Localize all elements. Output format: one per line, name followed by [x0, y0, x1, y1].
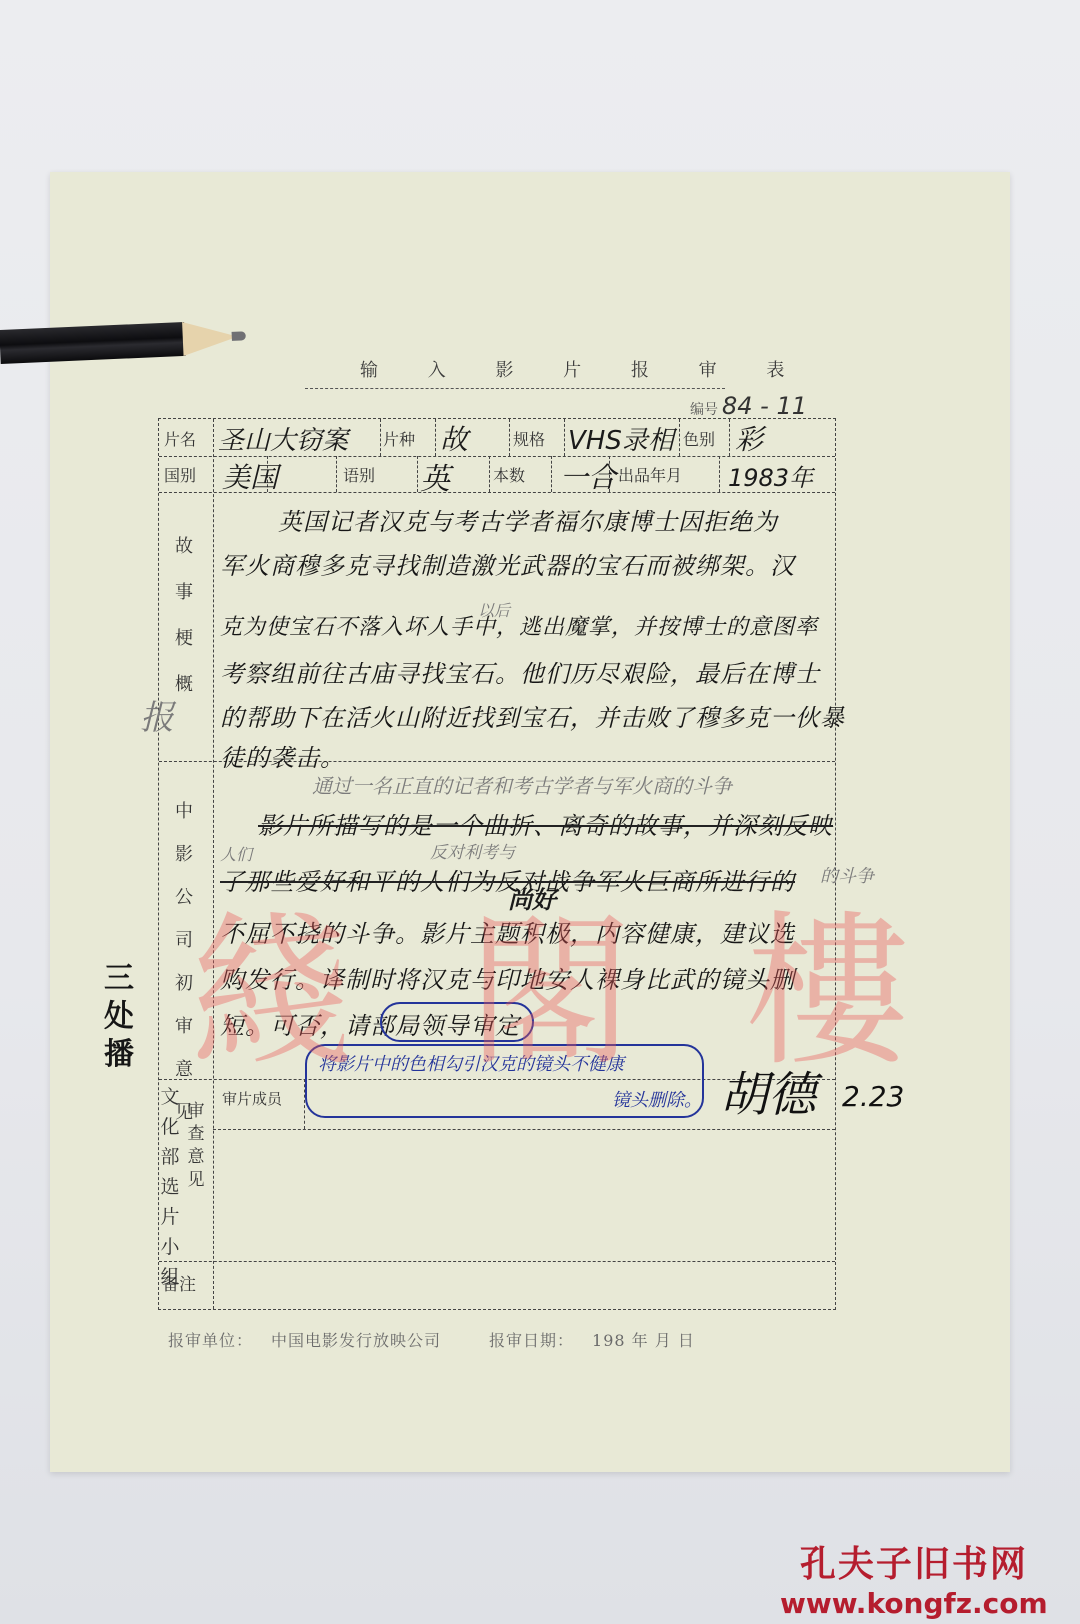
form-footer: 报审单位：中国电影发行放映公司报审日期：198 年 月 日 — [168, 1328, 713, 1351]
serial-value: 84 - 11 — [722, 392, 807, 420]
review-line: 购发行。译制时将汉克与印地安人裸身比武的镜头删 — [220, 960, 795, 995]
col-divider — [380, 419, 381, 456]
country-value: 美国 — [222, 456, 278, 496]
col-divider — [336, 456, 337, 492]
reels-label: 本数 — [493, 463, 525, 486]
site-logo: 孔夫子旧书网 www.kongfz.com — [780, 1536, 1048, 1620]
color-value: 彩 — [735, 418, 763, 458]
blue-note: 将影片中的色相勾引汉克的镜头不健康 — [318, 1050, 624, 1076]
review-opinion-label: 审 查 意 见 — [186, 1100, 206, 1192]
col-divider — [417, 456, 418, 492]
date-label: 报审日期： — [489, 1331, 574, 1350]
pencil-lead — [232, 331, 246, 341]
title-label: 片名 — [164, 427, 196, 450]
correction-above: 尚好 — [508, 880, 556, 915]
unit-value: 中国电影发行放映公司 — [271, 1331, 441, 1350]
date-value: 198 年 月 日 — [592, 1331, 695, 1350]
country-label: 国别 — [164, 463, 196, 486]
language-label: 语别 — [343, 463, 375, 486]
col-divider — [719, 456, 720, 492]
culture-ministry-label: 文 化 部 选 片 小 组 — [160, 1082, 180, 1292]
brand-url: www.kongfz.com — [780, 1587, 1048, 1620]
unit-label: 报审单位： — [168, 1331, 253, 1350]
col-divider — [679, 419, 680, 456]
type-label: 片种 — [383, 427, 415, 450]
col-divider — [435, 419, 436, 456]
synopsis-line: 军火商穆多克寻找制造激光武器的宝石而被绑架。汉 — [220, 546, 795, 581]
review-line: 不屈不挠的斗争。影片主题积极，内容健康，建议选 — [220, 914, 795, 949]
blue-circled-text — [380, 1002, 534, 1042]
synopsis-label: 故 事 梗 概 — [174, 524, 194, 708]
pencil-added-line: 通过一名正直的记者和考古学者与军火商的斗争 — [312, 770, 732, 799]
year-value: 1983年 — [728, 458, 813, 493]
review-line: 影片所描写的是一个曲折、离奇的故事，并深刻反映 — [258, 806, 833, 841]
type-value: 故 — [440, 418, 468, 458]
members-label: 审片成员 — [222, 1088, 282, 1109]
row-divider — [213, 1129, 835, 1130]
col-divider — [729, 419, 730, 456]
synopsis-line: 考察组前往古庙寻找宝石。他们历尽艰险，最后在博士 — [220, 654, 820, 689]
synopsis-line: 克为使宝石不落入坏人手中，逃出魔掌，并按博士的意图率 — [220, 610, 818, 641]
serial-number: 编号84 - 11 — [690, 392, 807, 420]
label-column-divider — [213, 419, 214, 1309]
blue-note-continued: 镜头删除。 — [612, 1086, 702, 1112]
format-value: VHS录相 — [568, 420, 674, 457]
language-value: 英 — [420, 454, 450, 498]
pencil-wood-tip — [182, 320, 238, 356]
pencil-insert: 反对利考与 — [430, 838, 515, 863]
row-divider — [159, 1261, 835, 1262]
synopsis-line: 徒的袭击。 — [220, 738, 345, 773]
year-label: 出品年月 — [618, 463, 682, 486]
color-label: 色别 — [683, 427, 715, 450]
signature-date: 2.23 — [842, 1080, 904, 1113]
reels-value: 一合 — [560, 456, 616, 496]
side-margin-note: 三处播 — [104, 960, 136, 1074]
margin-pencil-note: 报 — [140, 690, 174, 739]
col-divider — [564, 419, 565, 456]
col-divider — [551, 456, 552, 492]
serial-label: 编号 — [690, 402, 718, 418]
format-label: 规格 — [513, 427, 545, 450]
pencil-right-note: 的斗争 — [820, 862, 874, 888]
synopsis-line: 的帮助下在活火山附近找到宝石，并击败了穆多克一伙暴 — [220, 698, 845, 733]
brand-name: 孔夫子旧书网 — [780, 1536, 1048, 1587]
title-underline — [305, 388, 725, 389]
reviewer-signature: 胡德 — [720, 1056, 816, 1125]
col-divider — [509, 419, 510, 456]
col-divider — [489, 456, 490, 492]
synopsis-line: 英国记者汉克与考古学者福尔康博士因拒绝为 — [278, 502, 778, 537]
title-value: 圣山大窃案 — [218, 420, 348, 457]
remarks-label: 备注 — [162, 1270, 196, 1295]
form-title: 输 入 影 片 报 审 表 — [360, 356, 806, 382]
